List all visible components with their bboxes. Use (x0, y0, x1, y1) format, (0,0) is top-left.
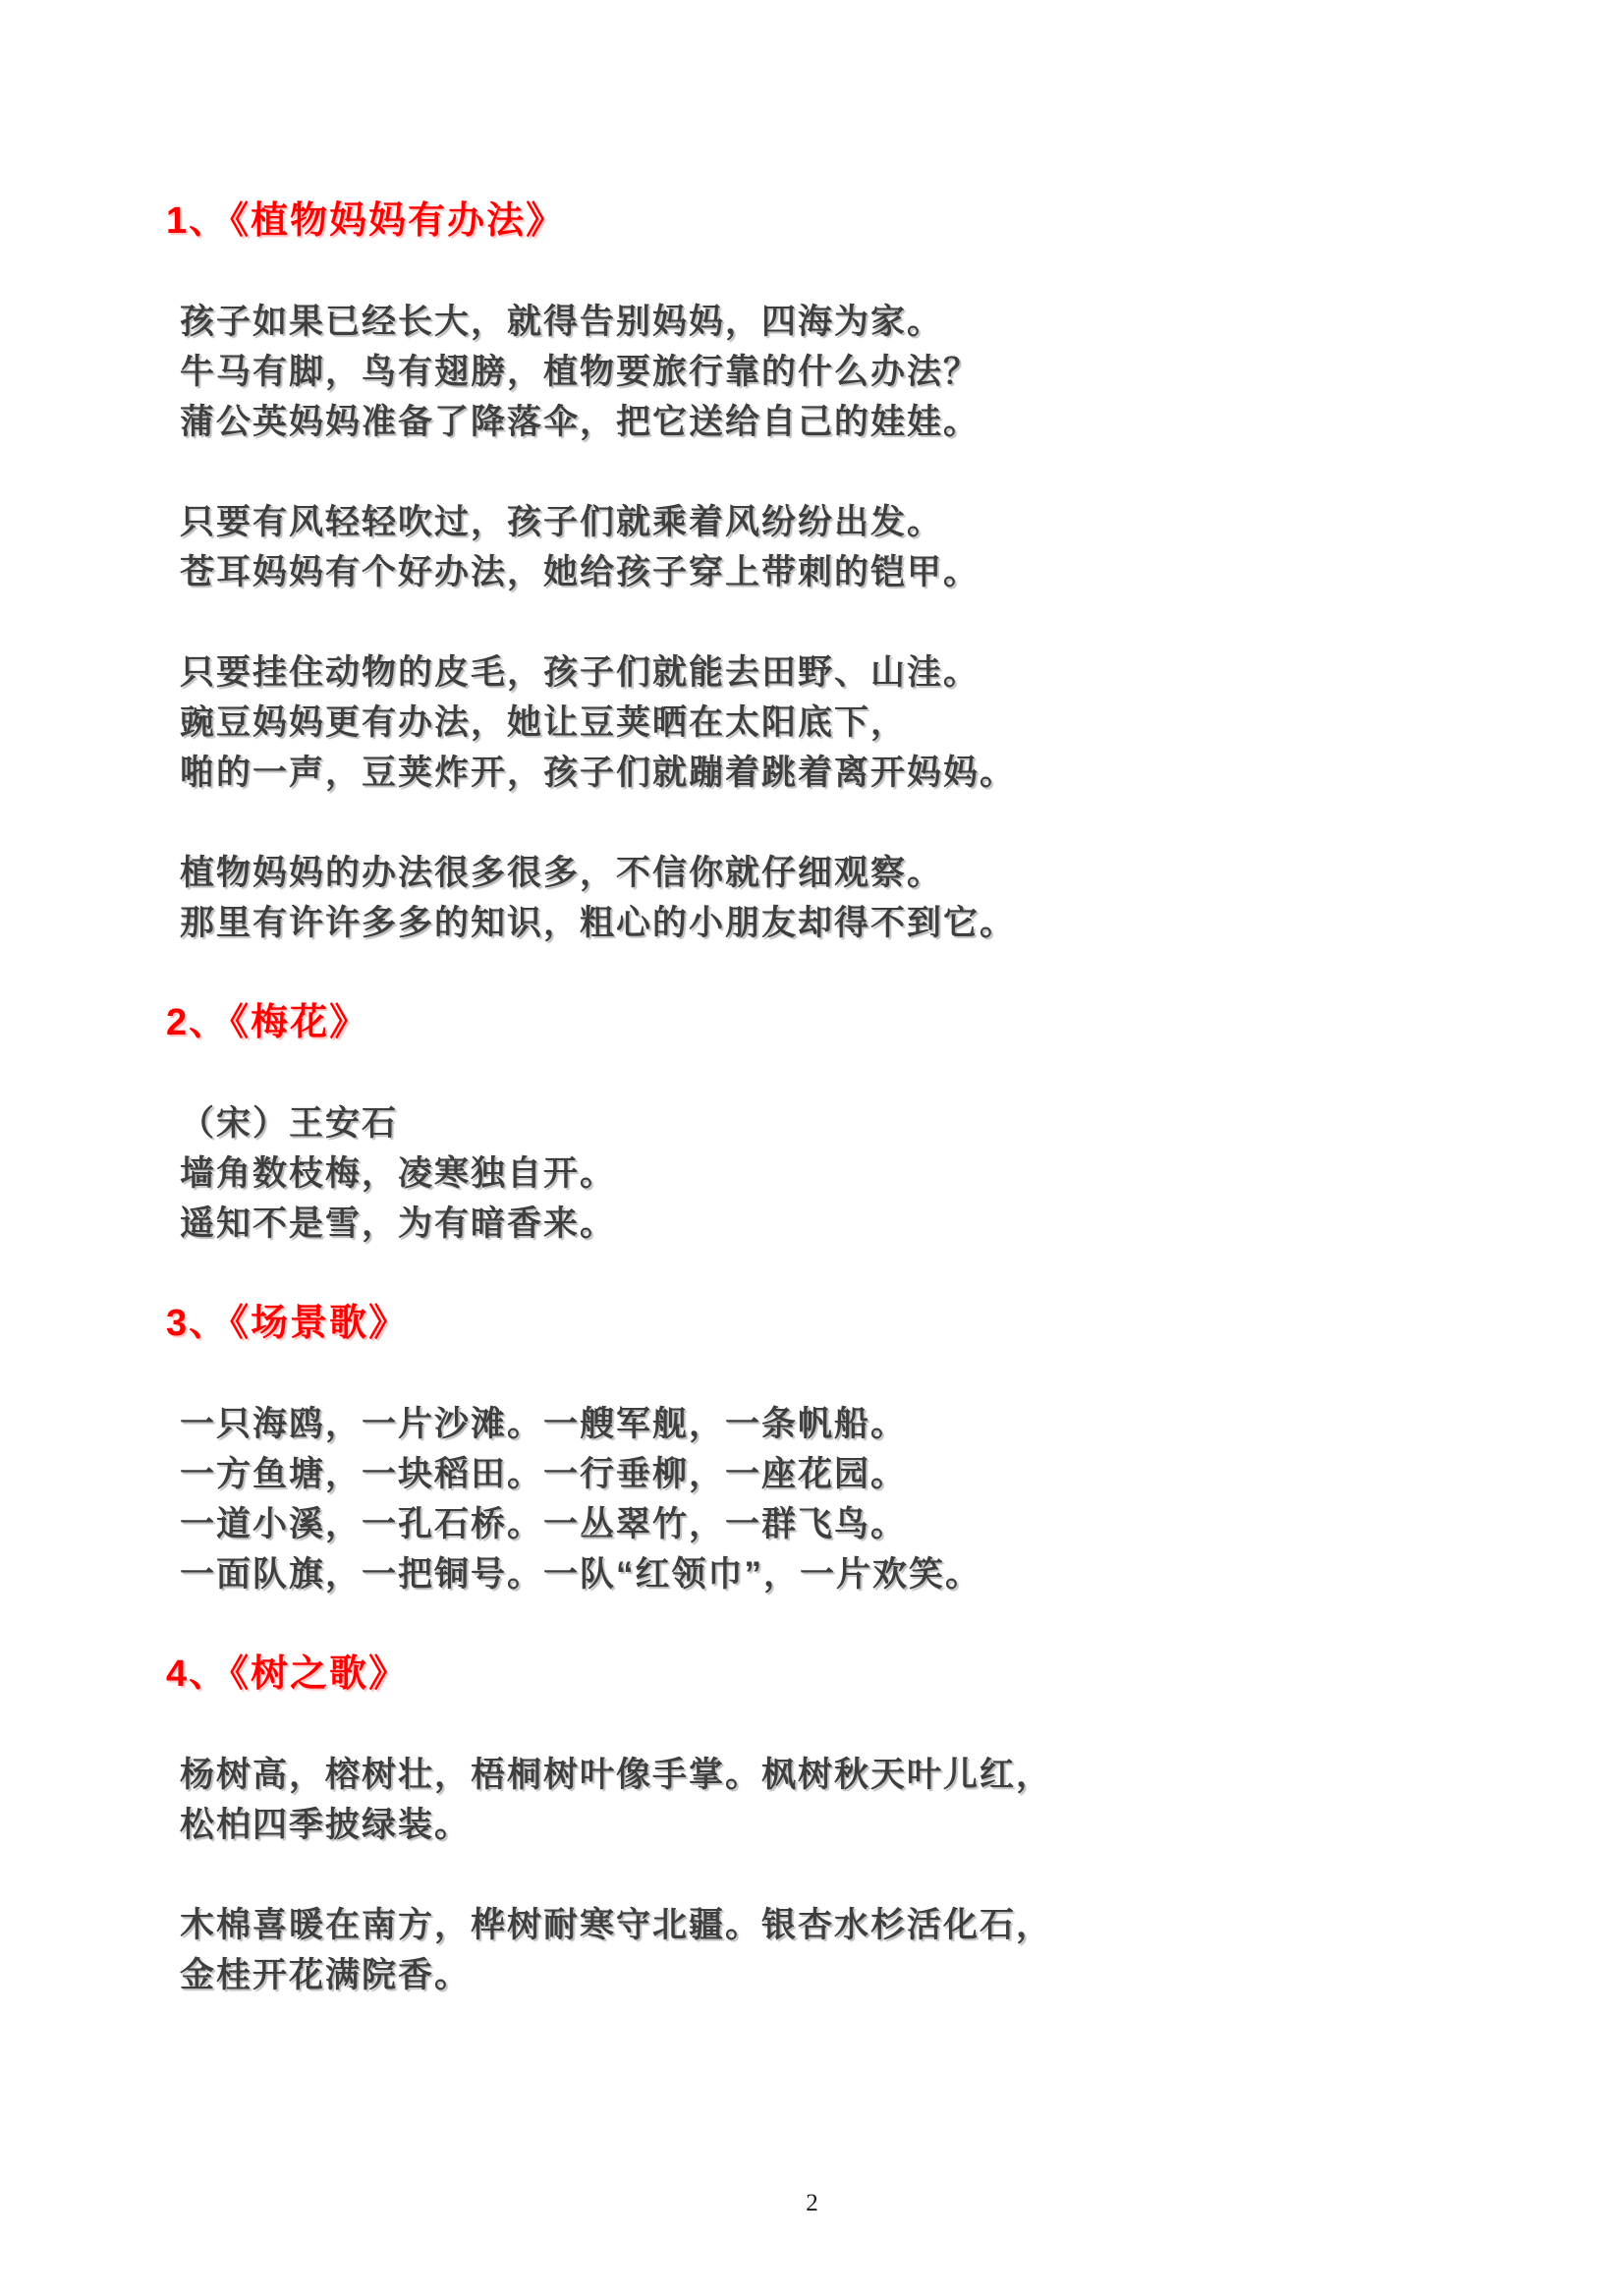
poem-line: （宋）王安石 (180, 1098, 1516, 1148)
poem-line: 木棉喜暖在南方，桦树耐寒守北疆。银杏水杉活化石， (180, 1900, 1516, 1950)
document-content: 1、《植物妈妈有办法》孩子如果已经长大，就得告别妈妈，四海为家。牛马有脚，鸟有翅… (180, 196, 1516, 2050)
poem-line: 一面队旗，一把铜号。一队“红领巾”，一片欢笑。 (180, 1549, 1516, 1599)
section-heading: 1、《植物妈妈有办法》 (166, 196, 1516, 247)
poem-paragraph: （宋）王安石墙角数枝梅，凌寒独自开。遥知不是雪，为有暗香来。 (180, 1098, 1516, 1249)
heading-number: 3、 (166, 1303, 228, 1344)
poem-line: 一方鱼塘，一块稻田。一行垂柳，一座花园。 (180, 1449, 1516, 1499)
heading-number: 2、 (166, 1002, 228, 1043)
poem-paragraph: 一只海鸥，一片沙滩。一艘军舰，一条帆船。一方鱼塘，一块稻田。一行垂柳，一座花园。… (180, 1399, 1516, 1599)
poem-line: 只要有风轻轻吹过，孩子们就乘着风纷纷出发。 (180, 497, 1516, 547)
heading-title: 《树之歌》 (230, 1653, 408, 1695)
poem-line: 牛马有脚，鸟有翅膀，植物要旅行靠的什么办法？ (180, 347, 1516, 397)
heading-title: 《植物妈妈有办法》 (230, 200, 565, 242)
section-heading: 4、《树之歌》 (166, 1650, 1516, 1700)
poem-paragraph: 只要挂住动物的皮毛，孩子们就能去田野、山洼。豌豆妈妈更有办法，她让豆荚晒在太阳底… (180, 647, 1516, 798)
heading-number: 4、 (166, 1653, 228, 1695)
poem-line: 金桂开花满院香。 (180, 1950, 1516, 2000)
poem-line: 豌豆妈妈更有办法，她让豆荚晒在太阳底下， (180, 698, 1516, 748)
poem-line: 一只海鸥，一片沙滩。一艘军舰，一条帆船。 (180, 1399, 1516, 1449)
poem-paragraph: 杨树高，榕树壮，梧桐树叶像手掌。枫树秋天叶儿红，松柏四季披绿装。 (180, 1750, 1516, 1850)
section-heading: 2、《梅花》 (166, 998, 1516, 1048)
poem-paragraph: 孩子如果已经长大，就得告别妈妈，四海为家。牛马有脚，鸟有翅膀，植物要旅行靠的什么… (180, 297, 1516, 447)
poem-paragraph: 植物妈妈的办法很多很多，不信你就仔细观察。那里有许许多多的知识，粗心的小朋友却得… (180, 848, 1516, 948)
page-number: 2 (806, 2190, 818, 2216)
poem-line: 杨树高，榕树壮，梧桐树叶像手掌。枫树秋天叶儿红， (180, 1750, 1516, 1800)
poem-line: 只要挂住动物的皮毛，孩子们就能去田野、山洼。 (180, 647, 1516, 698)
poem-line: 墙角数枝梅，凌寒独自开。 (180, 1148, 1516, 1199)
poem-line: 一道小溪，一孔石桥。一丛翠竹，一群飞鸟。 (180, 1499, 1516, 1549)
poem-line: 松柏四季披绿装。 (180, 1800, 1516, 1850)
section-heading: 3、《场景歌》 (166, 1299, 1516, 1349)
poem-line: 那里有许许多多的知识，粗心的小朋友却得不到它。 (180, 898, 1516, 948)
heading-title: 《场景歌》 (230, 1303, 408, 1344)
poem-line: 遥知不是雪，为有暗香来。 (180, 1199, 1516, 1249)
poem-line: 孩子如果已经长大，就得告别妈妈，四海为家。 (180, 297, 1516, 347)
poem-line: 啪的一声，豆荚炸开，孩子们就蹦着跳着离开妈妈。 (180, 748, 1516, 798)
poem-line: 植物妈妈的办法很多很多，不信你就仔细观察。 (180, 848, 1516, 898)
poem-line: 苍耳妈妈有个好办法，她给孩子穿上带刺的铠甲。 (180, 547, 1516, 597)
poem-paragraph: 木棉喜暖在南方，桦树耐寒守北疆。银杏水杉活化石，金桂开花满院香。 (180, 1900, 1516, 2000)
document-page: 1、《植物妈妈有办法》孩子如果已经长大，就得告别妈妈，四海为家。牛马有脚，鸟有翅… (0, 0, 1624, 2296)
heading-title: 《梅花》 (230, 1002, 368, 1043)
poem-paragraph: 只要有风轻轻吹过，孩子们就乘着风纷纷出发。苍耳妈妈有个好办法，她给孩子穿上带刺的… (180, 497, 1516, 597)
poem-line: 蒲公英妈妈准备了降落伞，把它送给自己的娃娃。 (180, 397, 1516, 447)
page-footer: 2 (0, 2190, 1624, 2217)
heading-number: 1、 (166, 200, 228, 242)
